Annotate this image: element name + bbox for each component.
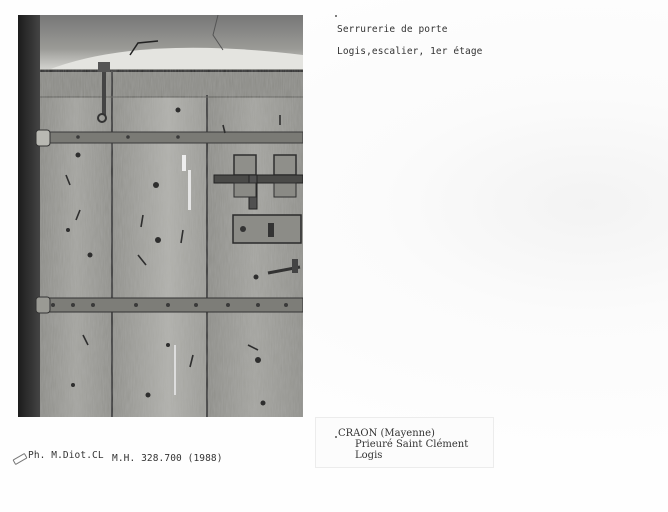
archive-record-card: Serrurerie de porte Logis,escalier, 1er …: [0, 0, 668, 512]
photographer-credit: Ph. M.Diot.CL: [28, 450, 104, 461]
location-site: Prieuré Saint Clément: [355, 439, 468, 450]
mark-dot: [335, 15, 337, 17]
reference-number: M.H. 328.700 (1988): [112, 453, 223, 464]
location-building: Logis: [355, 450, 382, 461]
location-label: CRAON (Mayenne) Prieuré Saint Clément Lo…: [315, 417, 494, 468]
location-commune: CRAON (Mayenne): [338, 428, 435, 439]
record-title: Serrurerie de porte: [337, 24, 448, 35]
record-subtitle: Logis,escalier, 1er étage: [337, 46, 483, 57]
pen-mark-icon: [12, 453, 27, 465]
door-photo-drawing: [18, 15, 303, 417]
bullet-dot: [335, 436, 337, 438]
door-lock-photo: [18, 15, 303, 417]
